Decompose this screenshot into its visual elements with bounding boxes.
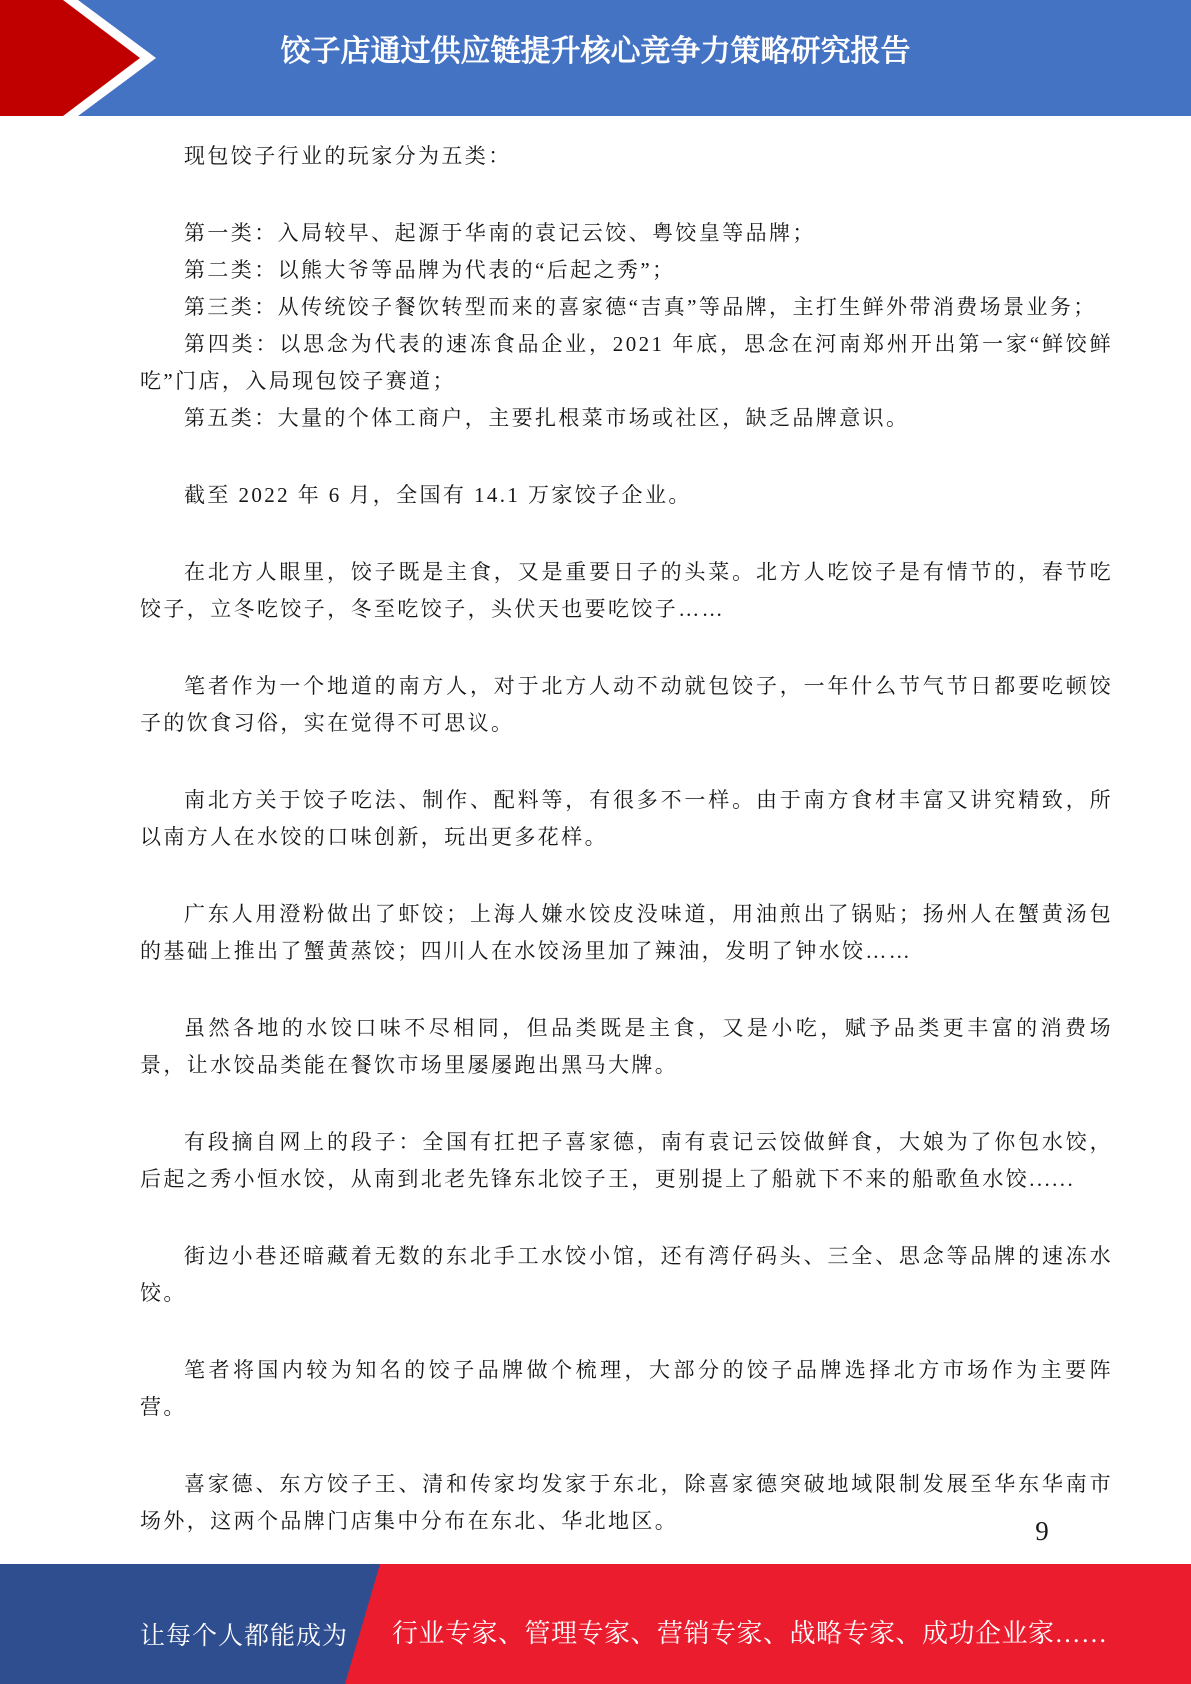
paragraph: 截至 2022 年 6 月，全国有 14.1 万家饺子企业。	[140, 477, 1113, 514]
document-body: 现包饺子行业的玩家分为五类： 第一类：入局较早、起源于华南的袁记云饺、粤饺皇等品…	[140, 116, 1113, 1540]
paragraph: 南北方关于饺子吃法、制作、配料等，有很多不一样。由于南方食材丰富又讲究精致，所以…	[140, 782, 1113, 856]
paragraph: 第五类：大量的个体工商户，主要扎根菜市场或社区，缺乏品牌意识。	[140, 400, 1113, 437]
paragraph: 第四类：以思念为代表的速冻食品企业，2021 年底，思念在河南郑州开出第一家“鲜…	[140, 326, 1113, 400]
paragraph: 广东人用澄粉做出了虾饺；上海人嫌水饺皮没味道，用油煎出了锅贴；扬州人在蟹黄汤包的…	[140, 896, 1113, 970]
page-number: 9	[1022, 1516, 1062, 1547]
paragraph: 喜家德、东方饺子王、清和传家均发家于东北，除喜家德突破地域限制发展至华东华南市场…	[140, 1466, 1113, 1540]
page-title: 饺子店通过供应链提升核心竞争力策略研究报告	[0, 26, 1191, 70]
paragraph: 有段摘自网上的段子：全国有扛把子喜家德，南有袁记云饺做鲜食，大娘为了你包水饺，后…	[140, 1124, 1113, 1198]
report-header: 饺子店通过供应链提升核心竞争力策略研究报告	[0, 0, 1191, 116]
footer-slogan-right: 行业专家、管理专家、营销专家、战略专家、成功企业家……	[392, 1613, 1108, 1650]
paragraph: 第二类：以熊大爷等品牌为代表的“后起之秀”；	[140, 252, 1113, 289]
paragraph: 第一类：入局较早、起源于华南的袁记云饺、粤饺皇等品牌；	[140, 215, 1113, 252]
paragraph: 虽然各地的水饺口味不尽相同，但品类既是主食，又是小吃，赋予品类更丰富的消费场景，…	[140, 1010, 1113, 1084]
paragraph: 在北方人眼里，饺子既是主食，又是重要日子的头菜。北方人吃饺子是有情节的，春节吃饺…	[140, 554, 1113, 628]
paragraph: 街边小巷还暗藏着无数的东北手工水饺小馆，还有湾仔码头、三全、思念等品牌的速冻水饺…	[140, 1238, 1113, 1312]
paragraph: 现包饺子行业的玩家分为五类：	[140, 138, 1113, 175]
paragraph: 笔者作为一个地道的南方人，对于北方人动不动就包饺子，一年什么节气节日都要吃顿饺子…	[140, 668, 1113, 742]
footer-slogan-left: 让每个人都能成为	[140, 1616, 348, 1652]
paragraph: 笔者将国内较为知名的饺子品牌做个梳理，大部分的饺子品牌选择北方市场作为主要阵营。	[140, 1352, 1113, 1426]
paragraph: 第三类：从传统饺子餐饮转型而来的喜家德“吉真”等品牌，主打生鲜外带消费场景业务；	[140, 289, 1113, 326]
page-footer: 让每个人都能成为 行业专家、管理专家、营销专家、战略专家、成功企业家……	[0, 1564, 1191, 1684]
report-page: 饺子店通过供应链提升核心竞争力策略研究报告 现包饺子行业的玩家分为五类： 第一类…	[0, 0, 1191, 1684]
